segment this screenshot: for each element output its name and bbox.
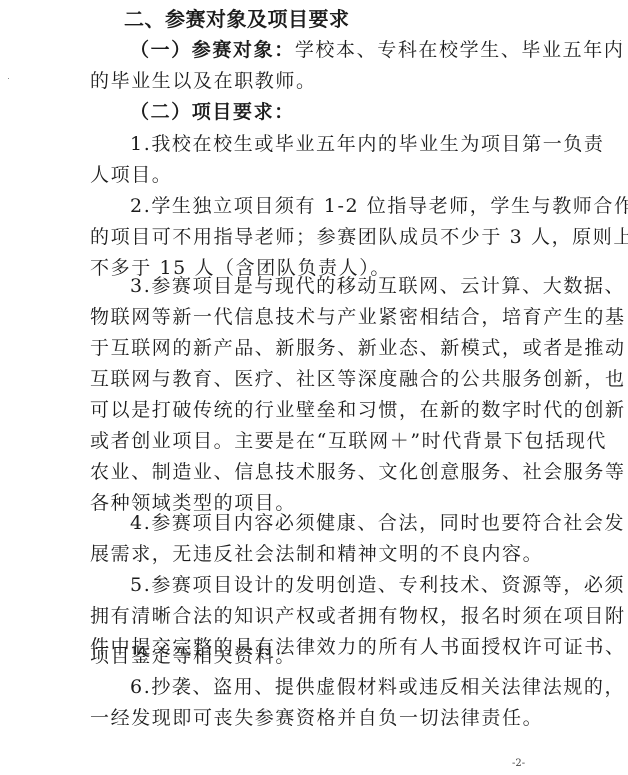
requirement-3-line-1: 3.参赛项目是与现代的移动互联网、云计算、大数据、 (130, 274, 532, 298)
scan-speck (620, 40, 621, 41)
subsection-participants: （一）参赛对象：学校本、专科在校学生、毕业五年内 (130, 38, 532, 62)
requirement-1-line-1: 1.我校在校生或毕业五年内的毕业生为项目第一负责 (130, 132, 532, 156)
scan-speck (624, 212, 625, 213)
scan-speck (8, 78, 9, 79)
requirement-2-line-2: 的项目可不用指导老师；参赛团队成员不少于 3 人，原则上 (90, 225, 532, 249)
subsection-participants-text-cont: 的毕业生以及在职教师。 (90, 69, 532, 93)
requirement-3-line-3: 于互联网的新产品、新服务、新业态、新模式，或者是推动 (90, 336, 532, 360)
page-number: -2- (512, 758, 525, 769)
document-page: 二、参赛对象及项目要求 （一）参赛对象：学校本、专科在校学生、毕业五年内 的毕业… (0, 0, 628, 775)
requirement-3-line-6: 或者创业项目。主要是在“互联网＋”时代背景下包括现代 (90, 429, 532, 453)
requirement-5-line-1: 5.参赛项目设计的发明创造、专利技术、资源等，必须 (130, 573, 532, 597)
subsection-requirements-label: （二）项目要求： (130, 100, 532, 124)
requirement-4-line-1: 4.参赛项目内容必须健康、合法，同时也要符合社会发 (130, 511, 532, 535)
requirement-6-line-1: 6.抄袭、盗用、提供虚假材料或违反相关法律法规的， (130, 675, 532, 699)
requirement-3-line-7: 农业、制造业、信息技术服务、文化创意服务、社会服务等 (90, 460, 532, 484)
subsection-participants-label: （一）参赛对象： (130, 39, 295, 61)
requirement-6-line-2: 一经发现即可丧失参赛资格并自负一切法律责任。 (90, 706, 532, 730)
section-title: 二、参赛对象及项目要求 (124, 7, 566, 31)
requirement-4-line-2: 展需求，无违反社会法制和精神文明的不良内容。 (90, 542, 532, 566)
requirement-1-line-2: 人项目。 (90, 163, 532, 187)
requirement-2-line-1: 2.学生独立项目须有 1-2 位指导老师，学生与教师合作 (130, 194, 532, 218)
requirement-5-line-4: 项目鉴定等相关资料。 (90, 644, 532, 668)
requirement-3-line-2: 物联网等新一代信息技术与产业紧密相结合，培育产生的基 (90, 305, 532, 329)
requirement-3-line-5: 可以是打破传统的行业壁垒和习惯，在新的数字时代的创新 (90, 398, 532, 422)
subsection-participants-text: 学校本、专科在校学生、毕业五年内 (295, 39, 625, 61)
requirement-3-line-4: 互联网与教育、医疗、社区等深度融合的公共服务创新，也 (90, 367, 532, 391)
requirement-5-line-2: 拥有清晰合法的知识产权或者拥有物权，报名时须在项目附 (90, 604, 532, 628)
